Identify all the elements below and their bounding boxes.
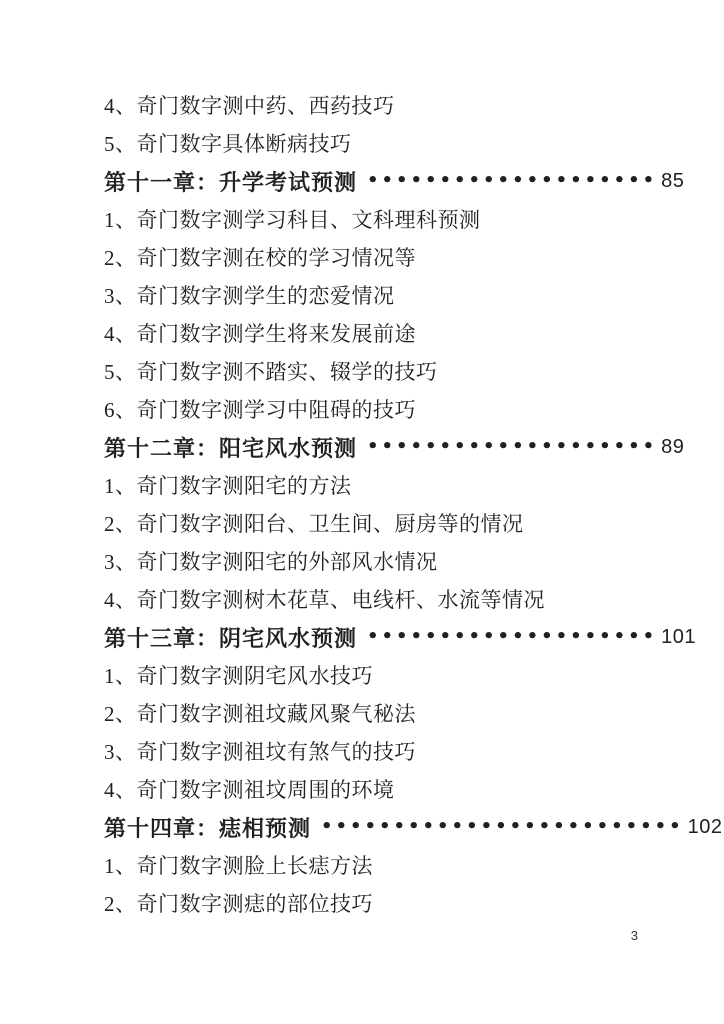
toc-item-text: 2、奇门数字测祖坟藏风聚气秘法 bbox=[104, 698, 416, 728]
toc-item-text: 5、奇门数字测不踏实、辍学的技巧 bbox=[104, 356, 438, 386]
toc-item: 3、奇门数字测祖坟有煞气的技巧 bbox=[104, 732, 644, 770]
toc-item: 6、奇门数字测学习中阻碍的技巧 bbox=[104, 390, 644, 428]
toc-chapter: 第十四章：痣相预测 ••••••••••••••••••••••••• 102 bbox=[104, 808, 644, 846]
toc-item-text: 3、奇门数字测祖坟有煞气的技巧 bbox=[104, 736, 416, 766]
toc-item: 1、奇门数字测阳宅的方法 bbox=[104, 466, 644, 504]
toc-item-text: 2、奇门数字测在校的学习情况等 bbox=[104, 242, 416, 272]
chapter-page-number: 101 bbox=[661, 626, 696, 649]
toc-item-text: 3、奇门数字测阳宅的外部风水情况 bbox=[104, 546, 438, 576]
leader-dots: •••••••••••••••••••• bbox=[367, 626, 657, 647]
toc-item-text: 4、奇门数字测树木花草、电线杆、水流等情况 bbox=[104, 584, 545, 614]
toc-item-text: 1、奇门数字测阳宅的方法 bbox=[104, 470, 352, 500]
toc-item-text: 1、奇门数字测阴宅风水技巧 bbox=[104, 660, 373, 690]
toc-item: 4、奇门数字测中药、西药技巧 bbox=[104, 86, 644, 124]
toc-item-text: 3、奇门数字测学生的恋爱情况 bbox=[104, 280, 395, 310]
chapter-title: 第十四章：痣相预测 bbox=[104, 812, 311, 843]
toc-item: 5、奇门数字测不踏实、辍学的技巧 bbox=[104, 352, 644, 390]
toc-item: 4、奇门数字测祖坟周围的环境 bbox=[104, 770, 644, 808]
toc-item-text: 1、奇门数字测学习科目、文科理科预测 bbox=[104, 204, 481, 234]
leader-dots: ••••••••••••••••••••••••• bbox=[321, 816, 684, 837]
page-number: 3 bbox=[631, 928, 638, 943]
toc-item: 4、奇门数字测树木花草、电线杆、水流等情况 bbox=[104, 580, 644, 618]
toc-item: 2、奇门数字测痣的部位技巧 bbox=[104, 884, 644, 922]
document-page: 4、奇门数字测中药、西药技巧 5、奇门数字具体断病技巧 第十一章：升学考试预测 … bbox=[0, 0, 724, 1024]
toc-item: 4、奇门数字测学生将来发展前途 bbox=[104, 314, 644, 352]
table-of-contents: 4、奇门数字测中药、西药技巧 5、奇门数字具体断病技巧 第十一章：升学考试预测 … bbox=[104, 86, 644, 922]
toc-item: 2、奇门数字测在校的学习情况等 bbox=[104, 238, 644, 276]
toc-item-text: 6、奇门数字测学习中阻碍的技巧 bbox=[104, 394, 416, 424]
toc-chapter: 第十三章：阴宅风水预测 •••••••••••••••••••• 101 bbox=[104, 618, 644, 656]
toc-item: 1、奇门数字测学习科目、文科理科预测 bbox=[104, 200, 644, 238]
chapter-page-number: 89 bbox=[661, 436, 684, 459]
toc-item-text: 4、奇门数字测学生将来发展前途 bbox=[104, 318, 416, 348]
toc-item-text: 5、奇门数字具体断病技巧 bbox=[104, 128, 352, 158]
chapter-title: 第十一章：升学考试预测 bbox=[104, 166, 357, 197]
chapter-title: 第十三章：阴宅风水预测 bbox=[104, 622, 357, 653]
toc-chapter: 第十一章：升学考试预测 •••••••••••••••••••• 85 bbox=[104, 162, 644, 200]
toc-item-text: 1、奇门数字测脸上长痣方法 bbox=[104, 850, 373, 880]
toc-item-text: 2、奇门数字测阳台、卫生间、厨房等的情况 bbox=[104, 508, 524, 538]
toc-item: 2、奇门数字测祖坟藏风聚气秘法 bbox=[104, 694, 644, 732]
chapter-page-number: 85 bbox=[661, 170, 684, 193]
leader-dots: •••••••••••••••••••• bbox=[367, 436, 657, 457]
toc-item: 1、奇门数字测阴宅风水技巧 bbox=[104, 656, 644, 694]
toc-item: 2、奇门数字测阳台、卫生间、厨房等的情况 bbox=[104, 504, 644, 542]
toc-item: 3、奇门数字测学生的恋爱情况 bbox=[104, 276, 644, 314]
chapter-title: 第十二章：阳宅风水预测 bbox=[104, 432, 357, 463]
chapter-page-number: 102 bbox=[688, 816, 723, 839]
toc-item-text: 4、奇门数字测中药、西药技巧 bbox=[104, 90, 395, 120]
toc-chapter: 第十二章：阳宅风水预测 •••••••••••••••••••• 89 bbox=[104, 428, 644, 466]
toc-item-text: 4、奇门数字测祖坟周围的环境 bbox=[104, 774, 395, 804]
toc-item-text: 2、奇门数字测痣的部位技巧 bbox=[104, 888, 373, 918]
toc-item: 5、奇门数字具体断病技巧 bbox=[104, 124, 644, 162]
toc-item: 3、奇门数字测阳宅的外部风水情况 bbox=[104, 542, 644, 580]
leader-dots: •••••••••••••••••••• bbox=[367, 170, 657, 191]
toc-item: 1、奇门数字测脸上长痣方法 bbox=[104, 846, 644, 884]
